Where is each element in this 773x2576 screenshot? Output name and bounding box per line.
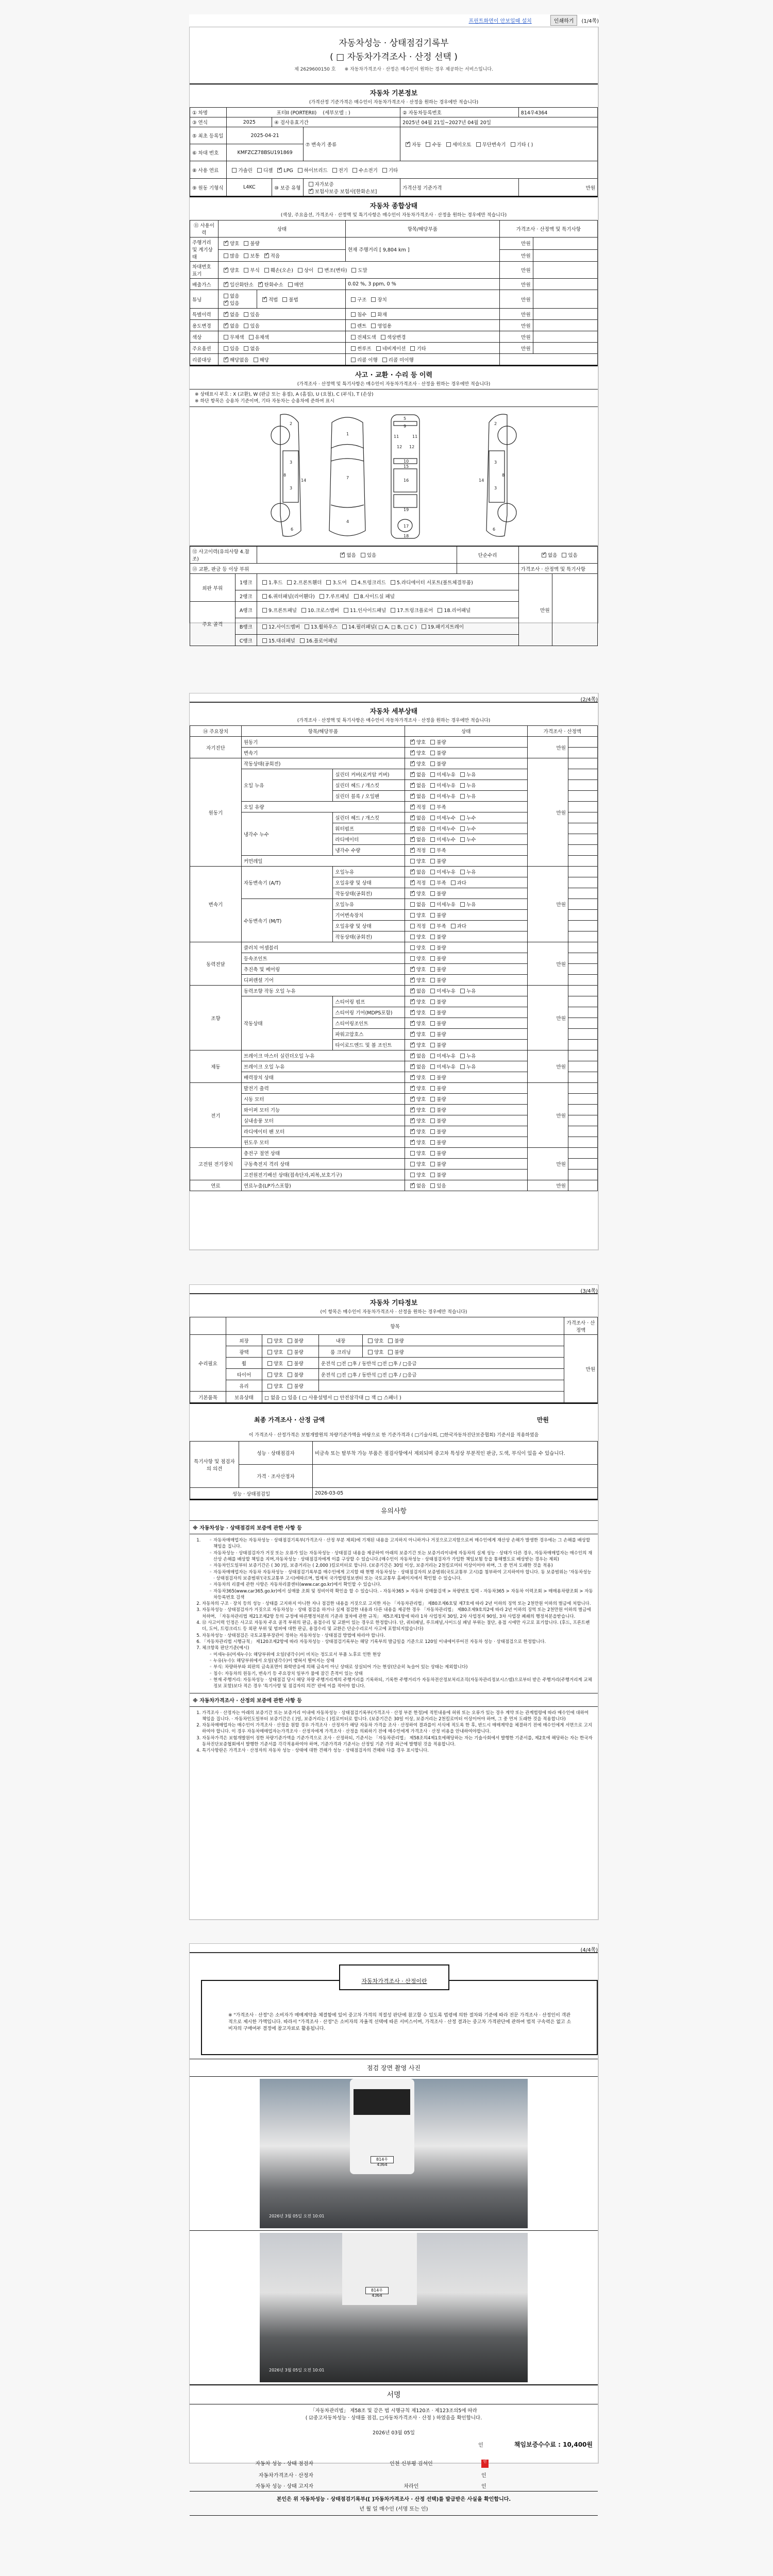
checkbox-option[interactable]: 가솔린 bbox=[229, 168, 253, 174]
checkbox-option[interactable]: 보통 bbox=[241, 253, 259, 259]
checkbox-icon[interactable] bbox=[430, 924, 435, 928]
checkbox-option[interactable]: 적음 bbox=[261, 253, 280, 259]
checkbox-option[interactable]: 8.사이드실 패널 bbox=[351, 594, 395, 600]
checkbox-icon[interactable] bbox=[254, 358, 258, 362]
checkbox-icon[interactable] bbox=[410, 837, 415, 842]
checkbox-icon[interactable] bbox=[430, 999, 435, 1004]
checkbox-option[interactable]: 무단변속기 bbox=[473, 142, 506, 148]
checkbox-option[interactable]: 없음 bbox=[407, 1054, 426, 1059]
checkbox-icon[interactable] bbox=[511, 142, 515, 147]
checkbox-icon[interactable] bbox=[430, 740, 435, 744]
checkbox-icon[interactable] bbox=[224, 282, 228, 287]
checkbox-option[interactable]: 누수 bbox=[457, 826, 476, 832]
checkbox-option[interactable]: 양호 bbox=[407, 913, 426, 919]
checkbox-icon[interactable] bbox=[410, 740, 415, 744]
checkbox-icon[interactable] bbox=[224, 358, 228, 362]
checkbox-option[interactable]: 불량 bbox=[427, 935, 446, 940]
checkbox-option[interactable]: 17.트렁크플로어 bbox=[388, 608, 433, 614]
checkbox-option[interactable]: 기타 bbox=[379, 168, 398, 174]
checkbox-option[interactable]: 14.필러패널( □ A, □ B, □ C ) bbox=[339, 624, 417, 630]
checkbox-option[interactable]: 해당없음 bbox=[221, 358, 249, 363]
checkbox-option[interactable]: 없음 bbox=[407, 837, 426, 843]
checkbox-option[interactable]: 누유 bbox=[457, 902, 476, 908]
checkbox-option[interactable]: 불량 bbox=[385, 1338, 404, 1344]
checkbox-icon[interactable] bbox=[410, 1086, 415, 1091]
checkbox-option[interactable]: 불량 bbox=[427, 1108, 446, 1113]
checkbox-option[interactable]: 상이 bbox=[295, 268, 313, 274]
checkbox-option[interactable]: 양호 bbox=[407, 999, 426, 1005]
checkbox-icon[interactable] bbox=[410, 1140, 415, 1145]
checkbox-option[interactable]: 불량 bbox=[427, 740, 446, 745]
checkbox-icon[interactable] bbox=[224, 335, 228, 340]
checkbox-icon[interactable] bbox=[309, 182, 313, 187]
checkbox-icon[interactable] bbox=[262, 624, 267, 629]
checkbox-icon[interactable] bbox=[288, 1361, 292, 1366]
checkbox-option[interactable]: 기타 ( ) bbox=[508, 142, 533, 148]
checkbox-option[interactable]: 양호 bbox=[407, 945, 426, 951]
checkbox-option[interactable]: 유채색 bbox=[246, 335, 270, 341]
checkbox-option[interactable]: 불량 bbox=[284, 1384, 303, 1389]
checkbox-option[interactable]: 자동 bbox=[402, 142, 421, 148]
checkbox-icon[interactable] bbox=[298, 268, 303, 273]
checkbox-option[interactable]: 불량 bbox=[427, 1097, 446, 1103]
checkbox-option[interactable]: 불량 bbox=[427, 1129, 446, 1135]
checkbox-icon[interactable] bbox=[410, 1043, 415, 1047]
checkbox-option[interactable]: 미세누수 bbox=[427, 816, 456, 821]
checkbox-option[interactable]: 불량 bbox=[427, 1162, 446, 1167]
checkbox-option[interactable]: 무채색 bbox=[221, 335, 244, 341]
checkbox-icon[interactable] bbox=[430, 989, 435, 993]
checkbox-icon[interactable] bbox=[430, 1151, 435, 1156]
checkbox-icon[interactable] bbox=[430, 1021, 435, 1026]
checkbox-option[interactable]: 수동 bbox=[423, 142, 441, 148]
checkbox-icon[interactable] bbox=[224, 268, 228, 273]
checkbox-icon[interactable] bbox=[410, 956, 415, 961]
checkbox-icon[interactable] bbox=[282, 297, 287, 302]
checkbox-option[interactable]: 11.인사이드패널 bbox=[341, 608, 386, 614]
checkbox-option[interactable]: 하이브리드 bbox=[295, 168, 328, 174]
checkbox-option[interactable]: 훼손(오손) bbox=[261, 268, 293, 274]
checkbox-icon[interactable] bbox=[351, 324, 356, 328]
checkbox-icon[interactable] bbox=[264, 253, 269, 258]
checkbox-option[interactable]: 누수 bbox=[457, 837, 476, 843]
checkbox-option[interactable]: 양호 bbox=[407, 1032, 426, 1038]
checkbox-option[interactable]: 1.후드 bbox=[259, 580, 282, 586]
checkbox-icon[interactable] bbox=[262, 297, 267, 302]
checkbox-option[interactable]: 누유 bbox=[457, 870, 476, 875]
checkbox-icon[interactable] bbox=[430, 1064, 435, 1069]
checkbox-icon[interactable] bbox=[288, 1384, 292, 1388]
checkbox-icon[interactable] bbox=[326, 580, 331, 585]
checkbox-option[interactable]: 9.프론트패널 bbox=[259, 608, 297, 614]
checkbox-icon[interactable] bbox=[410, 816, 415, 820]
checkbox-icon[interactable] bbox=[460, 816, 465, 820]
checkbox-option[interactable]: 없음 bbox=[407, 902, 426, 908]
checkbox-option[interactable]: 적정 bbox=[407, 924, 426, 929]
checkbox-option[interactable]: 불량 bbox=[427, 859, 446, 865]
checkbox-option[interactable]: 전체도색 bbox=[348, 335, 376, 341]
checkbox-option[interactable]: 불량 bbox=[427, 1043, 446, 1048]
checkbox-icon[interactable] bbox=[244, 241, 248, 246]
checkbox-icon[interactable] bbox=[542, 553, 546, 557]
checkbox-icon[interactable] bbox=[351, 580, 356, 585]
checkbox-icon[interactable] bbox=[351, 268, 356, 273]
checkbox-option[interactable]: 해당 bbox=[250, 358, 269, 363]
checkbox-option[interactable]: 양호 bbox=[407, 1173, 426, 1178]
checkbox-option[interactable]: 누수 bbox=[457, 816, 476, 821]
checkbox-option[interactable]: 매연 bbox=[285, 282, 304, 288]
checkbox-icon[interactable] bbox=[318, 268, 323, 273]
checkbox-option[interactable]: 양호 bbox=[407, 891, 426, 897]
checkbox-option[interactable]: 침수 bbox=[348, 312, 366, 318]
checkbox-option[interactable]: 썬루프 bbox=[348, 346, 372, 352]
checkbox-icon[interactable] bbox=[410, 870, 415, 874]
checkbox-icon[interactable] bbox=[351, 358, 356, 362]
checkbox-icon[interactable] bbox=[388, 1350, 393, 1354]
checkbox-icon[interactable] bbox=[410, 913, 415, 918]
checkbox-icon[interactable] bbox=[410, 1183, 415, 1188]
checkbox-option[interactable]: 양호 bbox=[264, 1361, 283, 1367]
checkbox-option[interactable]: 양호 bbox=[365, 1350, 383, 1355]
checkbox-icon[interactable] bbox=[410, 1108, 415, 1112]
checkbox-icon[interactable] bbox=[410, 1097, 415, 1101]
checkbox-icon[interactable] bbox=[430, 1043, 435, 1047]
checkbox-option[interactable]: 양호 bbox=[407, 1162, 426, 1167]
checkbox-option[interactable]: 탄화수소 bbox=[255, 282, 283, 288]
checkbox-option[interactable]: 불량 bbox=[241, 241, 259, 247]
checkbox-icon[interactable] bbox=[376, 346, 381, 351]
checkbox-option[interactable]: 미세누수 bbox=[427, 826, 456, 832]
checkbox-icon[interactable] bbox=[382, 168, 387, 173]
checkbox-option[interactable]: 있음 bbox=[241, 312, 259, 318]
checkbox-option[interactable]: LPG bbox=[274, 168, 293, 174]
checkbox-icon[interactable] bbox=[262, 638, 267, 643]
checkbox-option[interactable]: 보험사보증 보험사[한화손보] bbox=[306, 189, 377, 195]
checkbox-icon[interactable] bbox=[340, 553, 345, 557]
checkbox-option[interactable]: 과다 bbox=[448, 924, 466, 929]
checkbox-option[interactable]: 리콜 이행 bbox=[348, 358, 378, 363]
checkbox-option[interactable]: 적정 bbox=[407, 880, 426, 886]
checkbox-icon[interactable] bbox=[301, 608, 306, 613]
checkbox-option[interactable]: 불량 bbox=[427, 1075, 446, 1081]
checkbox-icon[interactable] bbox=[391, 580, 395, 585]
checkbox-icon[interactable] bbox=[410, 891, 415, 896]
checkbox-icon[interactable] bbox=[430, 1097, 435, 1101]
checkbox-option[interactable]: 없음 bbox=[407, 826, 426, 832]
checkbox-icon[interactable] bbox=[410, 1173, 415, 1177]
checkbox-icon[interactable] bbox=[288, 1350, 292, 1354]
checkbox-icon[interactable] bbox=[224, 294, 228, 298]
checkbox-icon[interactable] bbox=[391, 608, 395, 613]
checkbox-icon[interactable] bbox=[460, 1064, 465, 1069]
checkbox-icon[interactable] bbox=[224, 312, 228, 317]
checkbox-icon[interactable] bbox=[406, 142, 410, 147]
checkbox-icon[interactable] bbox=[371, 312, 376, 317]
checkbox-option[interactable]: 누유 bbox=[457, 989, 476, 994]
checkbox-option[interactable]: 양호 bbox=[407, 1010, 426, 1016]
checkbox-icon[interactable] bbox=[410, 924, 415, 928]
checkbox-icon[interactable] bbox=[388, 1338, 393, 1343]
checkbox-icon[interactable] bbox=[410, 1151, 415, 1156]
print-button[interactable]: 인쇄하기 bbox=[550, 15, 578, 26]
checkbox-option[interactable]: 불량 bbox=[427, 761, 446, 767]
checkbox-icon[interactable] bbox=[368, 1350, 373, 1354]
checkbox-option[interactable]: 미세누유 bbox=[427, 870, 456, 875]
checkbox-option[interactable]: 양호 bbox=[264, 1350, 283, 1355]
checkbox-icon[interactable] bbox=[410, 848, 415, 853]
checkbox-icon[interactable] bbox=[438, 608, 442, 613]
checkbox-icon[interactable] bbox=[410, 1054, 415, 1058]
checkbox-icon[interactable] bbox=[298, 168, 303, 173]
checkbox-option[interactable]: 불량 bbox=[427, 913, 446, 919]
checkbox-icon[interactable] bbox=[410, 751, 415, 755]
checkbox-option[interactable]: 18.리어패널 bbox=[434, 608, 470, 614]
checkbox-option[interactable]: 과다 bbox=[448, 880, 466, 886]
checkbox-icon[interactable] bbox=[381, 335, 385, 340]
checkbox-option[interactable]: 누유 bbox=[457, 772, 476, 778]
checkbox-icon[interactable] bbox=[320, 594, 324, 599]
checkbox-icon[interactable] bbox=[224, 346, 228, 351]
checkbox-icon[interactable] bbox=[410, 805, 415, 809]
checkbox-icon[interactable] bbox=[460, 902, 465, 907]
checkbox-option[interactable]: 불량 bbox=[427, 956, 446, 962]
checkbox-icon[interactable] bbox=[267, 1361, 272, 1366]
checkbox-option[interactable]: 불법 bbox=[279, 297, 298, 303]
checkbox-option[interactable]: 화재 bbox=[368, 312, 386, 318]
checkbox-icon[interactable] bbox=[410, 1032, 415, 1037]
checkbox-icon[interactable] bbox=[410, 945, 415, 950]
checkbox-option[interactable]: 디젤 bbox=[254, 168, 273, 174]
checkbox-icon[interactable] bbox=[430, 837, 435, 842]
checkbox-icon[interactable] bbox=[288, 1372, 292, 1377]
checkbox-icon[interactable] bbox=[267, 1350, 272, 1354]
checkbox-option[interactable]: 양호 bbox=[407, 1086, 426, 1092]
checkbox-option[interactable]: 많음 bbox=[221, 253, 239, 259]
checkbox-icon[interactable] bbox=[430, 913, 435, 918]
checkbox-icon[interactable] bbox=[460, 1054, 465, 1058]
checkbox-option[interactable]: 양호 bbox=[407, 935, 426, 940]
checkbox-icon[interactable] bbox=[410, 772, 415, 777]
checkbox-option[interactable]: 15.대쉬패널 bbox=[259, 638, 295, 644]
checkbox-icon[interactable] bbox=[460, 783, 465, 788]
checkbox-icon[interactable] bbox=[410, 978, 415, 982]
checkbox-option[interactable]: 양호 bbox=[407, 761, 426, 767]
checkbox-icon[interactable] bbox=[244, 312, 248, 317]
checkbox-icon[interactable] bbox=[430, 1010, 435, 1015]
checkbox-icon[interactable] bbox=[446, 142, 451, 147]
checkbox-icon[interactable] bbox=[410, 1021, 415, 1026]
checkbox-option[interactable]: 2.프론트휀더 bbox=[284, 580, 322, 586]
checkbox-option[interactable]: 양호 bbox=[407, 859, 426, 865]
checkbox-icon[interactable] bbox=[410, 902, 415, 907]
checkbox-icon[interactable] bbox=[430, 1108, 435, 1112]
checkbox-icon[interactable] bbox=[430, 945, 435, 950]
checkbox-icon[interactable] bbox=[430, 805, 435, 809]
checkbox-option[interactable]: 누유 bbox=[457, 1064, 476, 1070]
checkbox-icon[interactable] bbox=[430, 1140, 435, 1145]
checkbox-icon[interactable] bbox=[422, 624, 426, 629]
checkbox-option[interactable]: 없음 bbox=[407, 794, 426, 800]
checkbox-icon[interactable] bbox=[267, 1338, 272, 1343]
checkbox-icon[interactable] bbox=[410, 989, 415, 993]
checkbox-icon[interactable] bbox=[410, 1064, 415, 1069]
checkbox-icon[interactable] bbox=[258, 282, 263, 287]
checkbox-icon[interactable] bbox=[351, 312, 356, 317]
checkbox-icon[interactable] bbox=[257, 168, 262, 173]
checkbox-icon[interactable] bbox=[305, 624, 309, 629]
checkbox-option[interactable]: 미세누유 bbox=[427, 794, 456, 800]
checkbox-icon[interactable] bbox=[430, 935, 435, 939]
checkbox-icon[interactable] bbox=[224, 301, 228, 306]
checkbox-option[interactable]: 불량 bbox=[427, 1010, 446, 1016]
checkbox-icon[interactable] bbox=[309, 189, 313, 194]
checkbox-icon[interactable] bbox=[430, 978, 435, 982]
checkbox-option[interactable]: 있음 bbox=[221, 346, 239, 352]
checkbox-icon[interactable] bbox=[232, 168, 237, 173]
checkbox-icon[interactable] bbox=[430, 794, 435, 799]
checkbox-option[interactable]: 양호 bbox=[407, 1108, 426, 1113]
checkbox-option[interactable]: 구조 bbox=[348, 297, 366, 303]
checkbox-option[interactable]: 부족 bbox=[427, 924, 446, 929]
checkbox-option[interactable]: 도말 bbox=[348, 268, 367, 274]
checkbox-icon[interactable] bbox=[262, 580, 267, 585]
checkbox-option[interactable]: 불량 bbox=[427, 967, 446, 973]
checkbox-icon[interactable] bbox=[351, 297, 356, 302]
checkbox-option[interactable]: 네비게이션 bbox=[373, 346, 406, 352]
checkbox-icon[interactable] bbox=[244, 253, 248, 258]
checkbox-icon[interactable] bbox=[476, 142, 481, 147]
checkbox-icon[interactable] bbox=[430, 848, 435, 853]
checkbox-option[interactable]: 양호 bbox=[221, 241, 239, 247]
checkbox-option[interactable]: 양호 bbox=[407, 1075, 426, 1081]
checkbox-option[interactable]: 불량 bbox=[284, 1350, 303, 1355]
checkbox-option[interactable]: 없음 bbox=[241, 346, 259, 352]
checkbox-icon[interactable] bbox=[371, 324, 376, 328]
checkbox-icon[interactable] bbox=[410, 999, 415, 1004]
checkbox-option[interactable]: 양호 bbox=[407, 967, 426, 973]
checkbox-option[interactable]: 양호 bbox=[407, 1129, 426, 1135]
checkbox-icon[interactable] bbox=[410, 1162, 415, 1166]
checkbox-icon[interactable] bbox=[430, 891, 435, 896]
checkbox-option[interactable]: 3.도어 bbox=[323, 580, 346, 586]
checkbox-icon[interactable] bbox=[451, 880, 456, 885]
checkbox-option[interactable]: 불량 bbox=[427, 891, 446, 897]
checkbox-option[interactable]: 없음 bbox=[407, 1183, 426, 1189]
checkbox-icon[interactable] bbox=[361, 553, 365, 557]
checkbox-icon[interactable] bbox=[460, 772, 465, 777]
checkbox-icon[interactable] bbox=[244, 346, 248, 351]
checkbox-option[interactable]: 있음 bbox=[427, 1183, 446, 1189]
checkbox-icon[interactable] bbox=[410, 346, 415, 351]
checkbox-option[interactable]: 없음 bbox=[221, 294, 239, 299]
checkbox-option[interactable]: 양호 bbox=[407, 956, 426, 962]
checkbox-icon[interactable] bbox=[287, 580, 292, 585]
checkbox-option[interactable]: 없음 bbox=[407, 1064, 426, 1070]
checkbox-option[interactable]: 불량 bbox=[427, 945, 446, 951]
checkbox-option[interactable]: 없음 bbox=[221, 324, 239, 329]
checkbox-icon[interactable] bbox=[332, 168, 337, 173]
checkbox-icon[interactable] bbox=[430, 826, 435, 831]
checkbox-option[interactable]: 기타 bbox=[407, 346, 426, 352]
checkbox-icon[interactable] bbox=[267, 1384, 272, 1388]
checkbox-icon[interactable] bbox=[430, 1054, 435, 1058]
checkbox-icon[interactable] bbox=[382, 358, 387, 362]
checkbox-option[interactable]: 양호 bbox=[407, 1151, 426, 1157]
checkbox-icon[interactable] bbox=[451, 924, 456, 928]
checkbox-option[interactable]: 있음 bbox=[221, 301, 239, 307]
checkbox-option[interactable]: 렌트 bbox=[348, 324, 366, 329]
checkbox-option[interactable]: 불량 bbox=[385, 1350, 404, 1355]
checkbox-option[interactable]: 누유 bbox=[457, 783, 476, 789]
checkbox-option[interactable]: 부족 bbox=[427, 805, 446, 810]
checkbox-option[interactable]: 불량 bbox=[427, 751, 446, 756]
checkbox-option[interactable]: 없음 bbox=[407, 816, 426, 821]
checkbox-option[interactable]: 없음 bbox=[407, 870, 426, 875]
checkbox-option[interactable]: 적법 bbox=[259, 297, 278, 303]
checkbox-option[interactable]: 없음 bbox=[407, 989, 426, 994]
checkbox-option[interactable]: 불량 bbox=[427, 1173, 446, 1178]
checkbox-icon[interactable] bbox=[267, 1372, 272, 1377]
checkbox-option[interactable]: 6.쿼터패널(리어휀다) bbox=[259, 594, 315, 600]
checkbox-icon[interactable] bbox=[430, 761, 435, 766]
checkbox-option[interactable]: 5.라디에이터 서포트(볼트체결부품) bbox=[388, 580, 473, 586]
checkbox-option[interactable]: 불량 bbox=[284, 1372, 303, 1378]
checkbox-option[interactable]: 있음 bbox=[358, 553, 376, 558]
checkbox-icon[interactable] bbox=[344, 608, 348, 613]
checkbox-option[interactable]: 부족 bbox=[427, 880, 446, 886]
checkbox-icon[interactable] bbox=[410, 761, 415, 766]
checkbox-icon[interactable] bbox=[244, 268, 248, 273]
checkbox-option[interactable]: 13.휠하우스 bbox=[301, 624, 338, 630]
checkbox-icon[interactable] bbox=[426, 142, 430, 147]
checkbox-icon[interactable] bbox=[368, 1338, 373, 1343]
checkbox-option[interactable]: 누유 bbox=[457, 1054, 476, 1059]
checkbox-icon[interactable] bbox=[410, 880, 415, 885]
checkbox-option[interactable]: 없음 bbox=[221, 312, 239, 318]
checkbox-option[interactable]: 미세누유 bbox=[427, 772, 456, 778]
checkbox-icon[interactable] bbox=[277, 168, 282, 173]
checkbox-option[interactable]: 부식 bbox=[241, 268, 259, 274]
checkbox-icon[interactable] bbox=[430, 870, 435, 874]
checkbox-option[interactable]: 없음 bbox=[407, 783, 426, 789]
checkbox-icon[interactable] bbox=[224, 241, 228, 246]
checkbox-option[interactable]: 장치 bbox=[368, 297, 386, 303]
checkbox-icon[interactable] bbox=[430, 1086, 435, 1091]
checkbox-icon[interactable] bbox=[410, 1129, 415, 1134]
checkbox-option[interactable]: 없음 bbox=[539, 553, 557, 558]
checkbox-option[interactable]: 미세누유 bbox=[427, 902, 456, 908]
checkbox-icon[interactable] bbox=[288, 1338, 292, 1343]
checkbox-option[interactable]: 전기 bbox=[329, 168, 348, 174]
checkbox-option[interactable]: 불량 bbox=[427, 1086, 446, 1092]
checkbox-icon[interactable] bbox=[430, 967, 435, 972]
checkbox-icon[interactable] bbox=[430, 1162, 435, 1166]
checkbox-option[interactable]: 4.트렁크리드 bbox=[348, 580, 386, 586]
checkbox-option[interactable]: 없음 bbox=[407, 772, 426, 778]
checkbox-icon[interactable] bbox=[300, 638, 305, 643]
checkbox-icon[interactable] bbox=[264, 268, 269, 273]
checkbox-icon[interactable] bbox=[430, 1032, 435, 1037]
checkbox-icon[interactable] bbox=[430, 902, 435, 907]
checkbox-option[interactable]: 불량 bbox=[284, 1361, 303, 1367]
checkbox-option[interactable]: 불량 bbox=[427, 999, 446, 1005]
checkbox-icon[interactable] bbox=[351, 335, 356, 340]
checkbox-icon[interactable] bbox=[371, 297, 376, 302]
checkbox-icon[interactable] bbox=[430, 1118, 435, 1123]
checkbox-option[interactable]: 미세누유 bbox=[427, 989, 456, 994]
checkbox-option[interactable]: 양호 bbox=[264, 1338, 283, 1344]
checkbox-option[interactable]: 변조(변타) bbox=[315, 268, 347, 274]
